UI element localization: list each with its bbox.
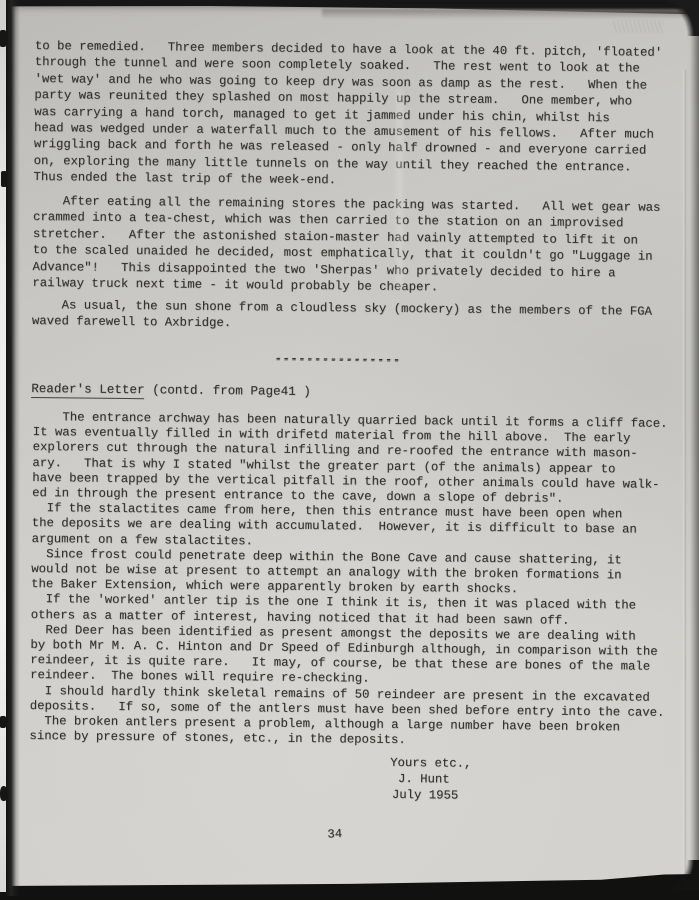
- left-edge-mark-3: [0, 716, 6, 728]
- left-page-sliver: [0, 0, 6, 892]
- letter-heading: Reader's Letter (contd. from Page41 ): [31, 381, 311, 400]
- paper-crease-streak: [396, 90, 403, 290]
- page-number: 34: [327, 827, 342, 842]
- bottom-right-corner: [657, 860, 699, 890]
- letter-date: July 1955: [392, 788, 459, 803]
- body-paragraph-2: After eating all the remaining stores th…: [32, 193, 660, 298]
- letter-sign-off: Yours etc.,: [390, 756, 471, 771]
- typed-text-layer: to be remedied. Three members decided to…: [0, 0, 699, 900]
- left-edge-mark-4: [0, 786, 8, 801]
- left-edge-mark-1: [0, 30, 6, 47]
- left-edge-mark-2: [1, 171, 7, 187]
- letter-heading-title: Reader's Letter: [31, 382, 145, 399]
- left-binding-shadow: [4, 0, 20, 896]
- top-edge-gray-band: [322, 9, 699, 19]
- letter-body: The entrance archway has been naturally …: [29, 410, 667, 751]
- body-paragraph-1: to be remedied. Three members decided to…: [33, 38, 662, 192]
- scanned-page: to be remedied. Three members decided to…: [0, 0, 699, 900]
- letter-signature: J. Hunt: [398, 772, 450, 787]
- right-edge-shadow: [690, 0, 699, 900]
- pencil-smudge: [612, 20, 664, 33]
- section-divider: ----------------: [275, 353, 401, 366]
- right-crease-line: [683, 70, 686, 874]
- body-paragraph-3: As usual, the sun shone from a cloudless…: [32, 297, 652, 337]
- letter-heading-suffix: (contd. from Page41 ): [145, 383, 311, 399]
